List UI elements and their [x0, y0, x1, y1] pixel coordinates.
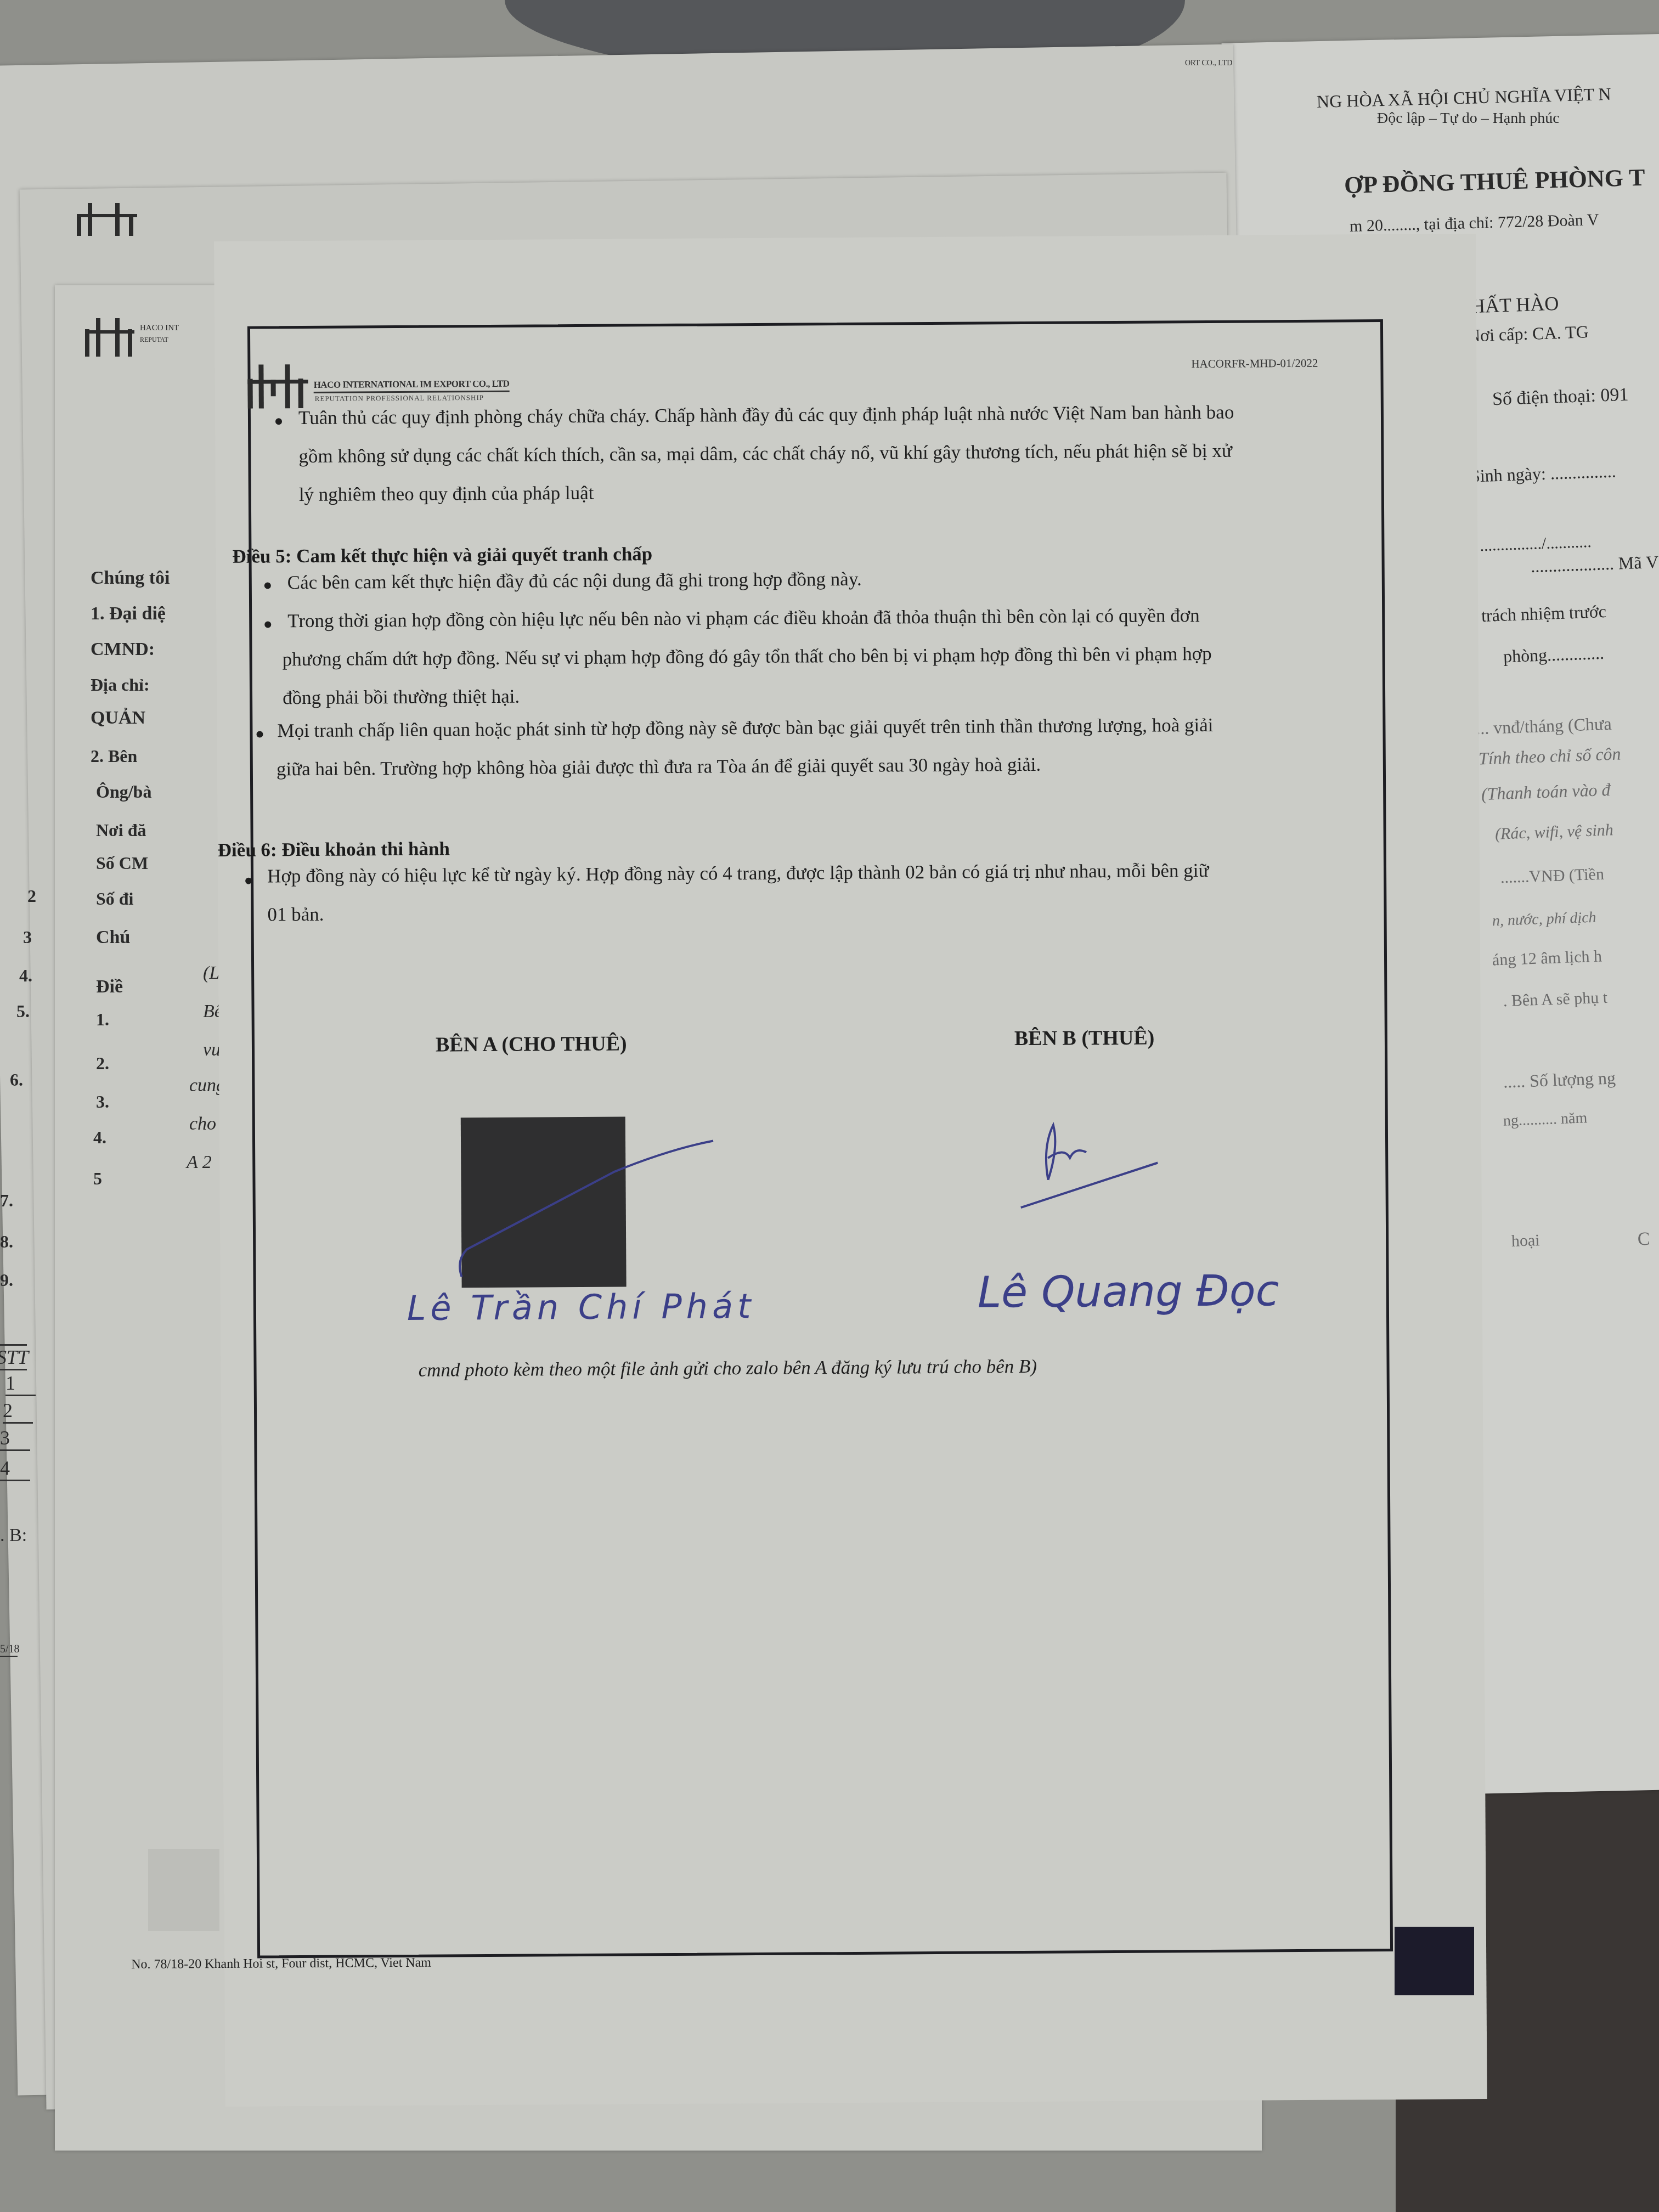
bg-motto: Độc lập – Tự do – Hạnh phúc [1377, 110, 1560, 127]
bg-far-left-number: 3 [23, 927, 32, 947]
bg-far-left-number: 9. [0, 1270, 13, 1290]
article-5-bullet-2-line-2: phương chấm dứt hợp đồng. Nếu sự vi phạm… [283, 644, 1212, 669]
bg-logo-icon-2 [85, 318, 134, 357]
article-5-bullet-1: Các bên cam kết thực hiện đầy đủ các nội… [287, 569, 862, 592]
party-a-label: BÊN A (CHO THUÊ) [436, 1031, 627, 1057]
bg-left-label: Số CM [96, 853, 148, 873]
bullet-icon [245, 878, 252, 884]
bg-table-row: 4 [0, 1457, 30, 1481]
bg-table-row: 1 [5, 1372, 36, 1396]
bullet-icon [275, 418, 282, 425]
bg-far-left-misc-1: . B: [0, 1525, 27, 1546]
bg-far-left-misc-2: 5/18 [0, 1643, 18, 1657]
bg-left-label: Chú [96, 927, 130, 948]
bg-left-label: 1. [96, 1009, 109, 1030]
party-a-signature-stroke [450, 1138, 725, 1293]
bg-far-left-number: 6. [10, 1070, 23, 1090]
bg-left-label: CMND: [91, 639, 155, 660]
bg-table-header: STT [0, 1344, 27, 1370]
bg-right-margin-line: n, nước, phí dịch [1492, 909, 1596, 930]
bg-table-row: 3 [0, 1426, 30, 1451]
bg-left-label: 2. Bên [91, 746, 137, 766]
bg-left-label: Địa chỉ: [91, 675, 150, 695]
article-5-bullet-3-line-2: giữa hai bên. Trường hợp không hòa giải … [276, 755, 1041, 779]
bg-right-margin-line: .......VNĐ (Tiền [1500, 865, 1604, 888]
bg-right-margin-line: áng 12 âm lịch h [1492, 947, 1602, 970]
bg-logo-icon-1 [77, 203, 137, 236]
bg-left-label: Ông/bà [96, 782, 151, 802]
contract-page: HACO INTERNATIONAL IM EXPORT CO., LTD RE… [214, 234, 1487, 2107]
intro-line-3: lý nghiêm theo quy định của pháp luật [299, 483, 594, 504]
bg-logo-name: HACO INT [140, 324, 179, 333]
article-6-heading: Điều 6: Điều khoản thi hành [218, 838, 450, 861]
article-5-heading: Điều 5: Cam kết thực hiện và giải quyết … [232, 543, 652, 568]
bg-far-left-number: 5. [16, 1001, 30, 1022]
bg-italic-fragment: A 2 [187, 1152, 212, 1173]
bg-left-label: Số đi [96, 889, 133, 909]
bg-left-label: QUẢN [91, 708, 145, 729]
article-5-bullet-2-line-3: đồng phải bồi thường thiệt hại. [283, 687, 520, 708]
bg-far-left-number: 8. [0, 1232, 13, 1252]
bg-far-left-number: 2 [27, 886, 36, 906]
party-b-label: BÊN B (THUÊ) [1014, 1026, 1155, 1051]
bg-far-left-number: 7. [0, 1190, 13, 1211]
article-5-bullet-2-line-1: Trong thời gian hợp đồng còn hiệu lực nế… [287, 606, 1200, 630]
bg-company-fragment: ORT CO., LTD [1185, 59, 1232, 68]
bg-right-margin-line: ng.......... năm [1503, 1109, 1587, 1130]
bullet-icon [264, 582, 271, 589]
party-a-handwritten-name: Lê Trần Chí Phát [407, 1286, 755, 1328]
bg-left-label: 2. [96, 1053, 109, 1074]
bg-left-label: 1. Đại diệ [91, 603, 166, 624]
bullet-icon [264, 621, 271, 628]
bg-right-margin-line: phòng............. [1503, 643, 1604, 667]
footer-address: No. 78/18-20 Khanh Hoi st, Four dist, HC… [131, 1956, 431, 1972]
bg-left-label: Điề [96, 977, 123, 997]
bg-italic-fragment: cho [189, 1114, 216, 1135]
bg-left-label: 4. [93, 1127, 106, 1148]
bg-right-margin-line: ..... Số lượng ng [1503, 1068, 1616, 1092]
bg-left-label: 3. [96, 1092, 109, 1112]
company-slogan: REPUTATION PROFESSIONAL RELATIONSHIP [315, 393, 484, 403]
bg-right-margin-line: Nơi cấp: CA. TG [1467, 321, 1589, 346]
party-b-signature [1015, 1113, 1235, 1213]
bg-table-row: 2 [3, 1399, 33, 1424]
bg-left-label: Chúng tôi [91, 568, 170, 589]
document-code: HACORFR-MHD-01/2022 [1191, 357, 1318, 371]
bg-logo-slogan: REPUTAT [140, 336, 168, 344]
bg-right-margin-line: hoại [1511, 1231, 1540, 1251]
article-6-bullet-1-line-2: 01 bản. [267, 905, 324, 924]
bg-left-label: 5 [93, 1169, 102, 1189]
bg-right-margin-line: C [1637, 1229, 1650, 1250]
company-name: HACO INTERNATIONAL IM EXPORT CO., LTD [314, 379, 510, 393]
bg-far-left-number: 4. [19, 966, 32, 986]
company-logo-icon [247, 364, 308, 409]
faded-corner-mark [148, 1849, 219, 1931]
party-b-handwritten-name: Lê Quang Đọc [977, 1266, 1279, 1317]
bg-left-label: Nơi đă [96, 820, 146, 840]
id-photo-note: cmnd photo kèm theo một file ảnh gửi cho… [418, 1356, 1037, 1381]
bg-right-margin-line: . Bên A sẽ phụ t [1503, 989, 1607, 1011]
corner-registration-mark [1395, 1927, 1474, 1995]
bullet-icon [256, 731, 263, 737]
